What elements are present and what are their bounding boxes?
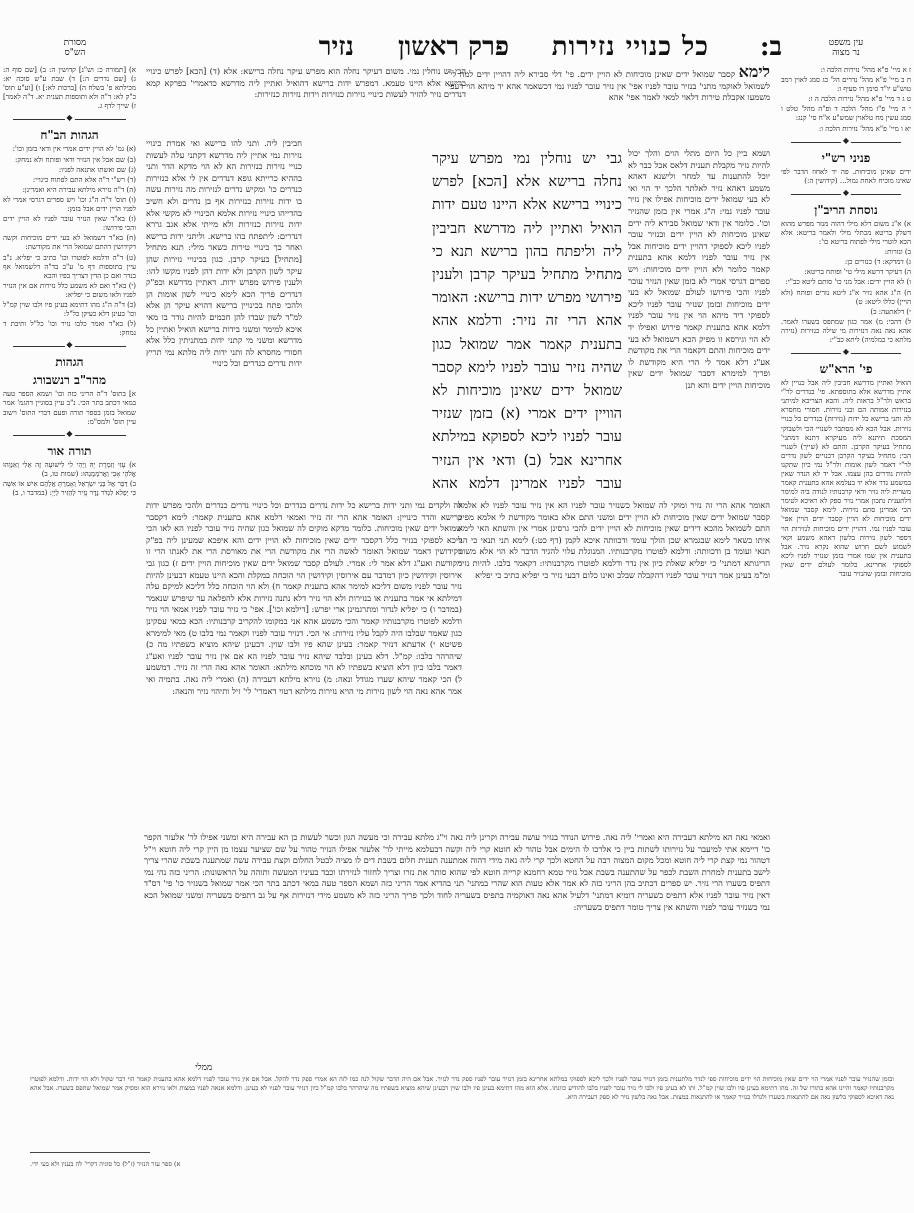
hagahot-bach-entry: (ז) בא"ד שאין הנזיר עובר לפניו לא הויין … [3, 215, 136, 233]
gemara-body: גבי יש נוחלין נמי מפרש עיקר נחלה ברישא א… [432, 151, 622, 498]
hagahot-bach-entry: (ט) ד"ה ודלמא לפוטרו וכו' כתיב כי יפליא.… [3, 254, 136, 281]
nusach-entry: ה) דעיקר דרשא מילי טי' ופותח בריטא: [781, 268, 911, 277]
torah-or-verse: ב) דַּבֵּר אֶל בְּנֵי יִשְׂרָאֵל וְאָמַר… [3, 480, 136, 498]
ein-mishpat-entry: ח ב מיי' פ"א מהל' נדרים הל' כג סמג לאוין… [781, 76, 911, 94]
torah-or-title: תורה אור [3, 443, 136, 459]
nusach-entry: ח) ה"ג אהא נזיר א"נ ליטא נזרים ופותח (ול… [781, 289, 911, 307]
hagahot-bach-entry: (ח) בא"ד דשמואל לא בעי ידים מוכיחות וקשה… [3, 234, 136, 252]
footnote-separator [30, 1152, 150, 1153]
ein-mishpat-entry: ז א מיי' פ"א מהל' נזירות הלכה ו: [781, 66, 911, 75]
nusach-entry: ב) ונזרות: [781, 248, 911, 257]
tosafot-right-column: ושמא ביין כל היום מתלי הוים והלך יכול לה… [628, 148, 770, 492]
ornament-divider [791, 137, 901, 147]
hagahot-bach-title: הגהות הב"ח [3, 127, 136, 143]
rashi-bottom-column: לה ולקדים נמי ותני ידות ברישא כל ידות נד… [146, 500, 462, 830]
chapter-title: כל כנויי נזירות [552, 34, 709, 60]
pninei-rashi-text: ידים שאינן מוכיחות. פה יד לאחוז הדבר לפי… [781, 168, 911, 186]
nusach-entry: א) א"נ משום דלא מילי דהוה מנזר מפרש מהוא… [781, 220, 911, 247]
ein-mishpat-entry: יא ו מיי' פ"א מהל' נזירות הלכה ו: [781, 125, 911, 134]
nusach-entry: ג) דמדקא: ד) כנזרים כן: [781, 258, 911, 267]
nusach-entry: י) דלאתעה: כ) [781, 308, 911, 317]
hagahot-bach-entry: (כ) ד"ה ה"ג מהו דתימא בעינן פיו ולבו שוי… [3, 301, 136, 319]
masechet-title: נזיר [319, 34, 354, 60]
page-header: עין משפט נר מצוה ב: כל כנויי נזירות פרק … [0, 34, 914, 60]
bottom-commentary: ובזמן שהנזיר עובר לפניו אמרי הוי ידים שא… [30, 1075, 894, 1185]
ornament-divider [13, 341, 126, 351]
ner-mitzvah-label: נר מצוה [816, 48, 876, 58]
left-margin: א) [תמורה כ: וש"נ] קדושין ה: ב) [שם סוף … [3, 66, 136, 1086]
tosafot-dibbur-hamatchil: לימא [739, 66, 770, 81]
talmud-page: עין משפט נר מצוה ב: כל כנויי נזירות פרק … [0, 0, 914, 1213]
gemara-text: גבי יש נוחלין נמי מפרש עיקר נחלה ברישא א… [432, 148, 622, 498]
hagahot-bach-entry: (א) גמ' לא הויין ידים אמרי אין ודאי בזמן… [3, 145, 136, 154]
ornament-divider [13, 430, 126, 440]
perek-title: פרק ראשון [398, 34, 509, 60]
hagahot-subtitle: מהר"ב רנשבורג [3, 372, 136, 388]
nusach-entry: ו) לא הויין ידים: אבל מני כו' סותם ליטא … [781, 278, 911, 287]
hagahot-title: הגהות [3, 354, 136, 370]
tosafot-bottom-column: האומר אהא הרי זה נזיר ומוקי לה שמואל כשנ… [458, 500, 770, 830]
nusach-entry: ל) דהכי: מ) אמר כגון שמתפס בשערו לאמר. א… [781, 318, 911, 345]
ornament-divider [13, 114, 126, 124]
catchword: ממלי [195, 1062, 212, 1073]
ein-mishpat-entry: ט ג ד מיי' פ"א מהל' נזירות הלכה ה ו: [781, 95, 911, 104]
pi-harosh-title: פי' הרא"ש [781, 361, 911, 377]
ornament-divider [791, 348, 901, 358]
hashas-label: הש"ס [55, 48, 95, 58]
ein-mishpat-label: עין משפט [816, 38, 876, 48]
mesoret-text: א) [תמורה כ: וש"נ] קדושין ה: ב) [שם סוף … [3, 66, 136, 111]
footnote: א) ספר עזר הנזיר (ז"ל) כל סוגיה דקרי' לה… [30, 1160, 630, 1168]
rashi-left-column: חביבין ליה. ותני להו ברישא ואי אמרת כינו… [146, 138, 302, 498]
hagahot-bach-entry: (ה) ד"ה נזירא מילתא עבירה היא ואמרינן: [3, 186, 136, 195]
ein-mishpat-header: עין משפט נר מצוה [816, 38, 876, 58]
torah-or-verse: א) עָזִּי וְזִמְרָת יָהּ וַיְהִי לִי לִי… [3, 461, 136, 479]
tosafot-top-text: קסבר שמואל ידים שאינן מוכיחות לא הויין י… [448, 69, 770, 102]
rashi-top: הבי יש נוחלין נמי. משום דעיקר נחלה הוא מ… [146, 66, 466, 138]
tosafot-top: לימא קסבר שמואל ידים שאינן מוכיחות לא הו… [448, 66, 770, 146]
right-margin: ז א מיי' פ"א מהל' נזירות הלכה ו: ח ב מיי… [781, 66, 911, 1086]
mesoret-label: מסורת [55, 38, 95, 48]
hagahot-bach-entry: (ב) שם אבל אין הנזיר ודאי ופותח ולא נמחק… [3, 156, 136, 165]
hagahot-bach-entry: (ג) שם ואשתו אתנאה לפניו: [3, 166, 136, 175]
ornament-divider [791, 189, 901, 199]
daf-number: ב: [760, 34, 782, 60]
pninei-rashi-title: פניני רש"י [781, 150, 911, 166]
pi-harosh-text: הואיל ואתיין מדרשא חביבין ליה אבל כנויין… [781, 379, 911, 579]
hagahot-bach-entry: (ד) רש"י ד"ה אלא התם לפתוח כינויי: [3, 176, 136, 185]
hagahot-bach-entry: (ל) בא"ד ואמר כלבו נזיר וכו' כל"ל ותיבת … [3, 320, 136, 338]
tosafot-wide: ואמאי נאה הא מילתא דעבירה היא ואמרי' ליה… [144, 832, 770, 1072]
hagahot-text: א] בתוס' ד"ה הריני כזה וכו' ושמא הספר טע… [3, 390, 136, 426]
mesoret-header: מסורת הש"ס [55, 38, 95, 58]
hagahot-bach-entry: (י) בא"ד ואם לא משמע כלל נזירות אם אין ה… [3, 282, 136, 300]
ein-mishpat-entry: י ה מיי' פ"ז מהל' הלכה ד ופ"ה מהל' טלט ו… [781, 105, 911, 123]
nusach-rivan-title: נוסחת הריב"ן [781, 202, 911, 218]
hagahot-bach-entry: (ו) תוס' ד"ה ה"ג וכו' ויש ספרים דגרסי אמ… [3, 196, 136, 214]
